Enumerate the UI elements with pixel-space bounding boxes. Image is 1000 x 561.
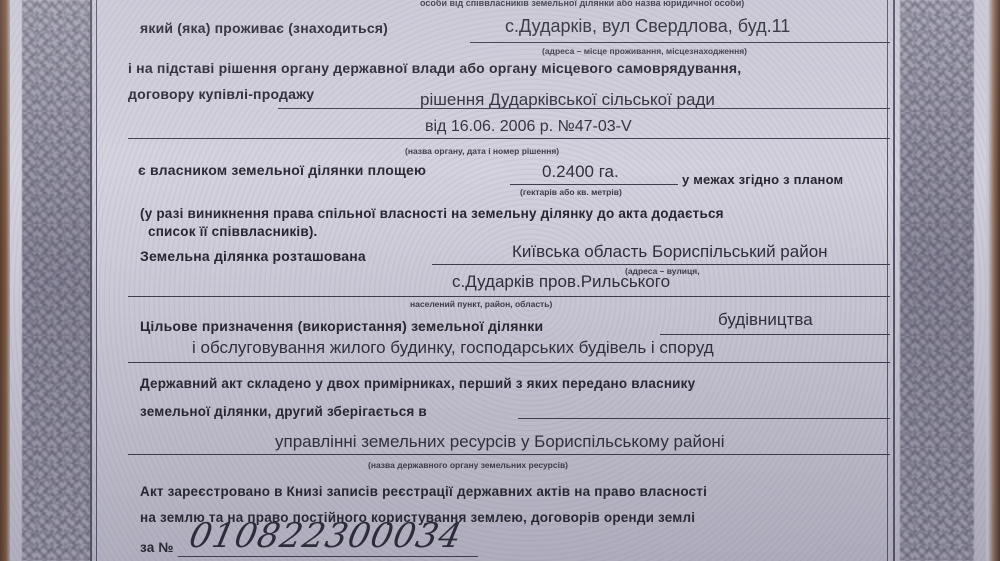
resident-value: с.Дударків, вул Свердлова, буд.11 bbox=[505, 16, 790, 37]
underline bbox=[128, 454, 890, 455]
location-value-line2: с.Дударків пров.Рильського bbox=[452, 272, 670, 292]
underline bbox=[128, 296, 890, 297]
location-value-line1: Київська область Бориспільський район bbox=[512, 242, 828, 262]
plan-label: у межах згідно з планом bbox=[682, 172, 843, 187]
basis-label-line2: договору купівлі-продажу bbox=[128, 86, 314, 102]
registry-number-handwritten: 010822300034 bbox=[186, 516, 466, 556]
underline bbox=[278, 108, 890, 109]
copies-line1: Державний акт складено у двох примірника… bbox=[140, 376, 695, 391]
purpose-value-line1: будівництва bbox=[718, 310, 813, 330]
underline bbox=[178, 556, 478, 557]
area-value: 0.2400 га. bbox=[542, 162, 619, 182]
joint-note-line1: (у разі виникнення права спільної власно… bbox=[140, 206, 724, 221]
area-caption: (гектарів або кв. метрів) bbox=[520, 187, 622, 197]
underline bbox=[660, 334, 890, 335]
registry-line1: Акт зареєстровано в Книзі записів реєстр… bbox=[140, 484, 707, 499]
registry-number-label: за № bbox=[140, 540, 174, 555]
underline bbox=[518, 418, 890, 419]
underline bbox=[128, 138, 890, 139]
copies-value: управлінні земельних ресурсів у Бориспіл… bbox=[275, 432, 725, 452]
document-content: особи від співвласників земельної ділянк… bbox=[0, 0, 1000, 561]
underline bbox=[470, 42, 890, 43]
location-label: Земельна ділянка розташована bbox=[140, 248, 366, 264]
purpose-value-line2: і обслуговування жилого будинку, господа… bbox=[192, 338, 714, 358]
copies-line2: земельної ділянки, другий зберігається в bbox=[140, 404, 427, 419]
location-caption-2: населений пункт, район, область) bbox=[410, 299, 552, 309]
joint-note-line2: список її співвласників). bbox=[148, 224, 318, 239]
purpose-label: Цільове призначення (використання) земел… bbox=[140, 318, 543, 334]
underline bbox=[128, 362, 890, 363]
basis-value-line2: від 16.06. 2006 р. №47-03-V bbox=[425, 118, 632, 136]
owner-label: є власником земельної ділянки площею bbox=[138, 162, 426, 178]
top-caption: особи від співвласників земельної ділянк… bbox=[420, 0, 744, 8]
basis-label-line1: і на підставі рішення органу державної в… bbox=[128, 60, 741, 76]
resident-caption: (адреса – місце проживання, місцезнаходж… bbox=[542, 46, 747, 56]
copies-caption: (назва державного органу земельних ресур… bbox=[368, 460, 568, 470]
underline bbox=[510, 184, 678, 185]
resident-label: який (яка) проживає (знаходиться) bbox=[140, 20, 388, 36]
basis-value-line1: рішення Дударківської сільської ради bbox=[420, 90, 715, 110]
underline bbox=[432, 264, 890, 265]
basis-caption: (назва органу, дата і номер рішення) bbox=[405, 146, 559, 156]
